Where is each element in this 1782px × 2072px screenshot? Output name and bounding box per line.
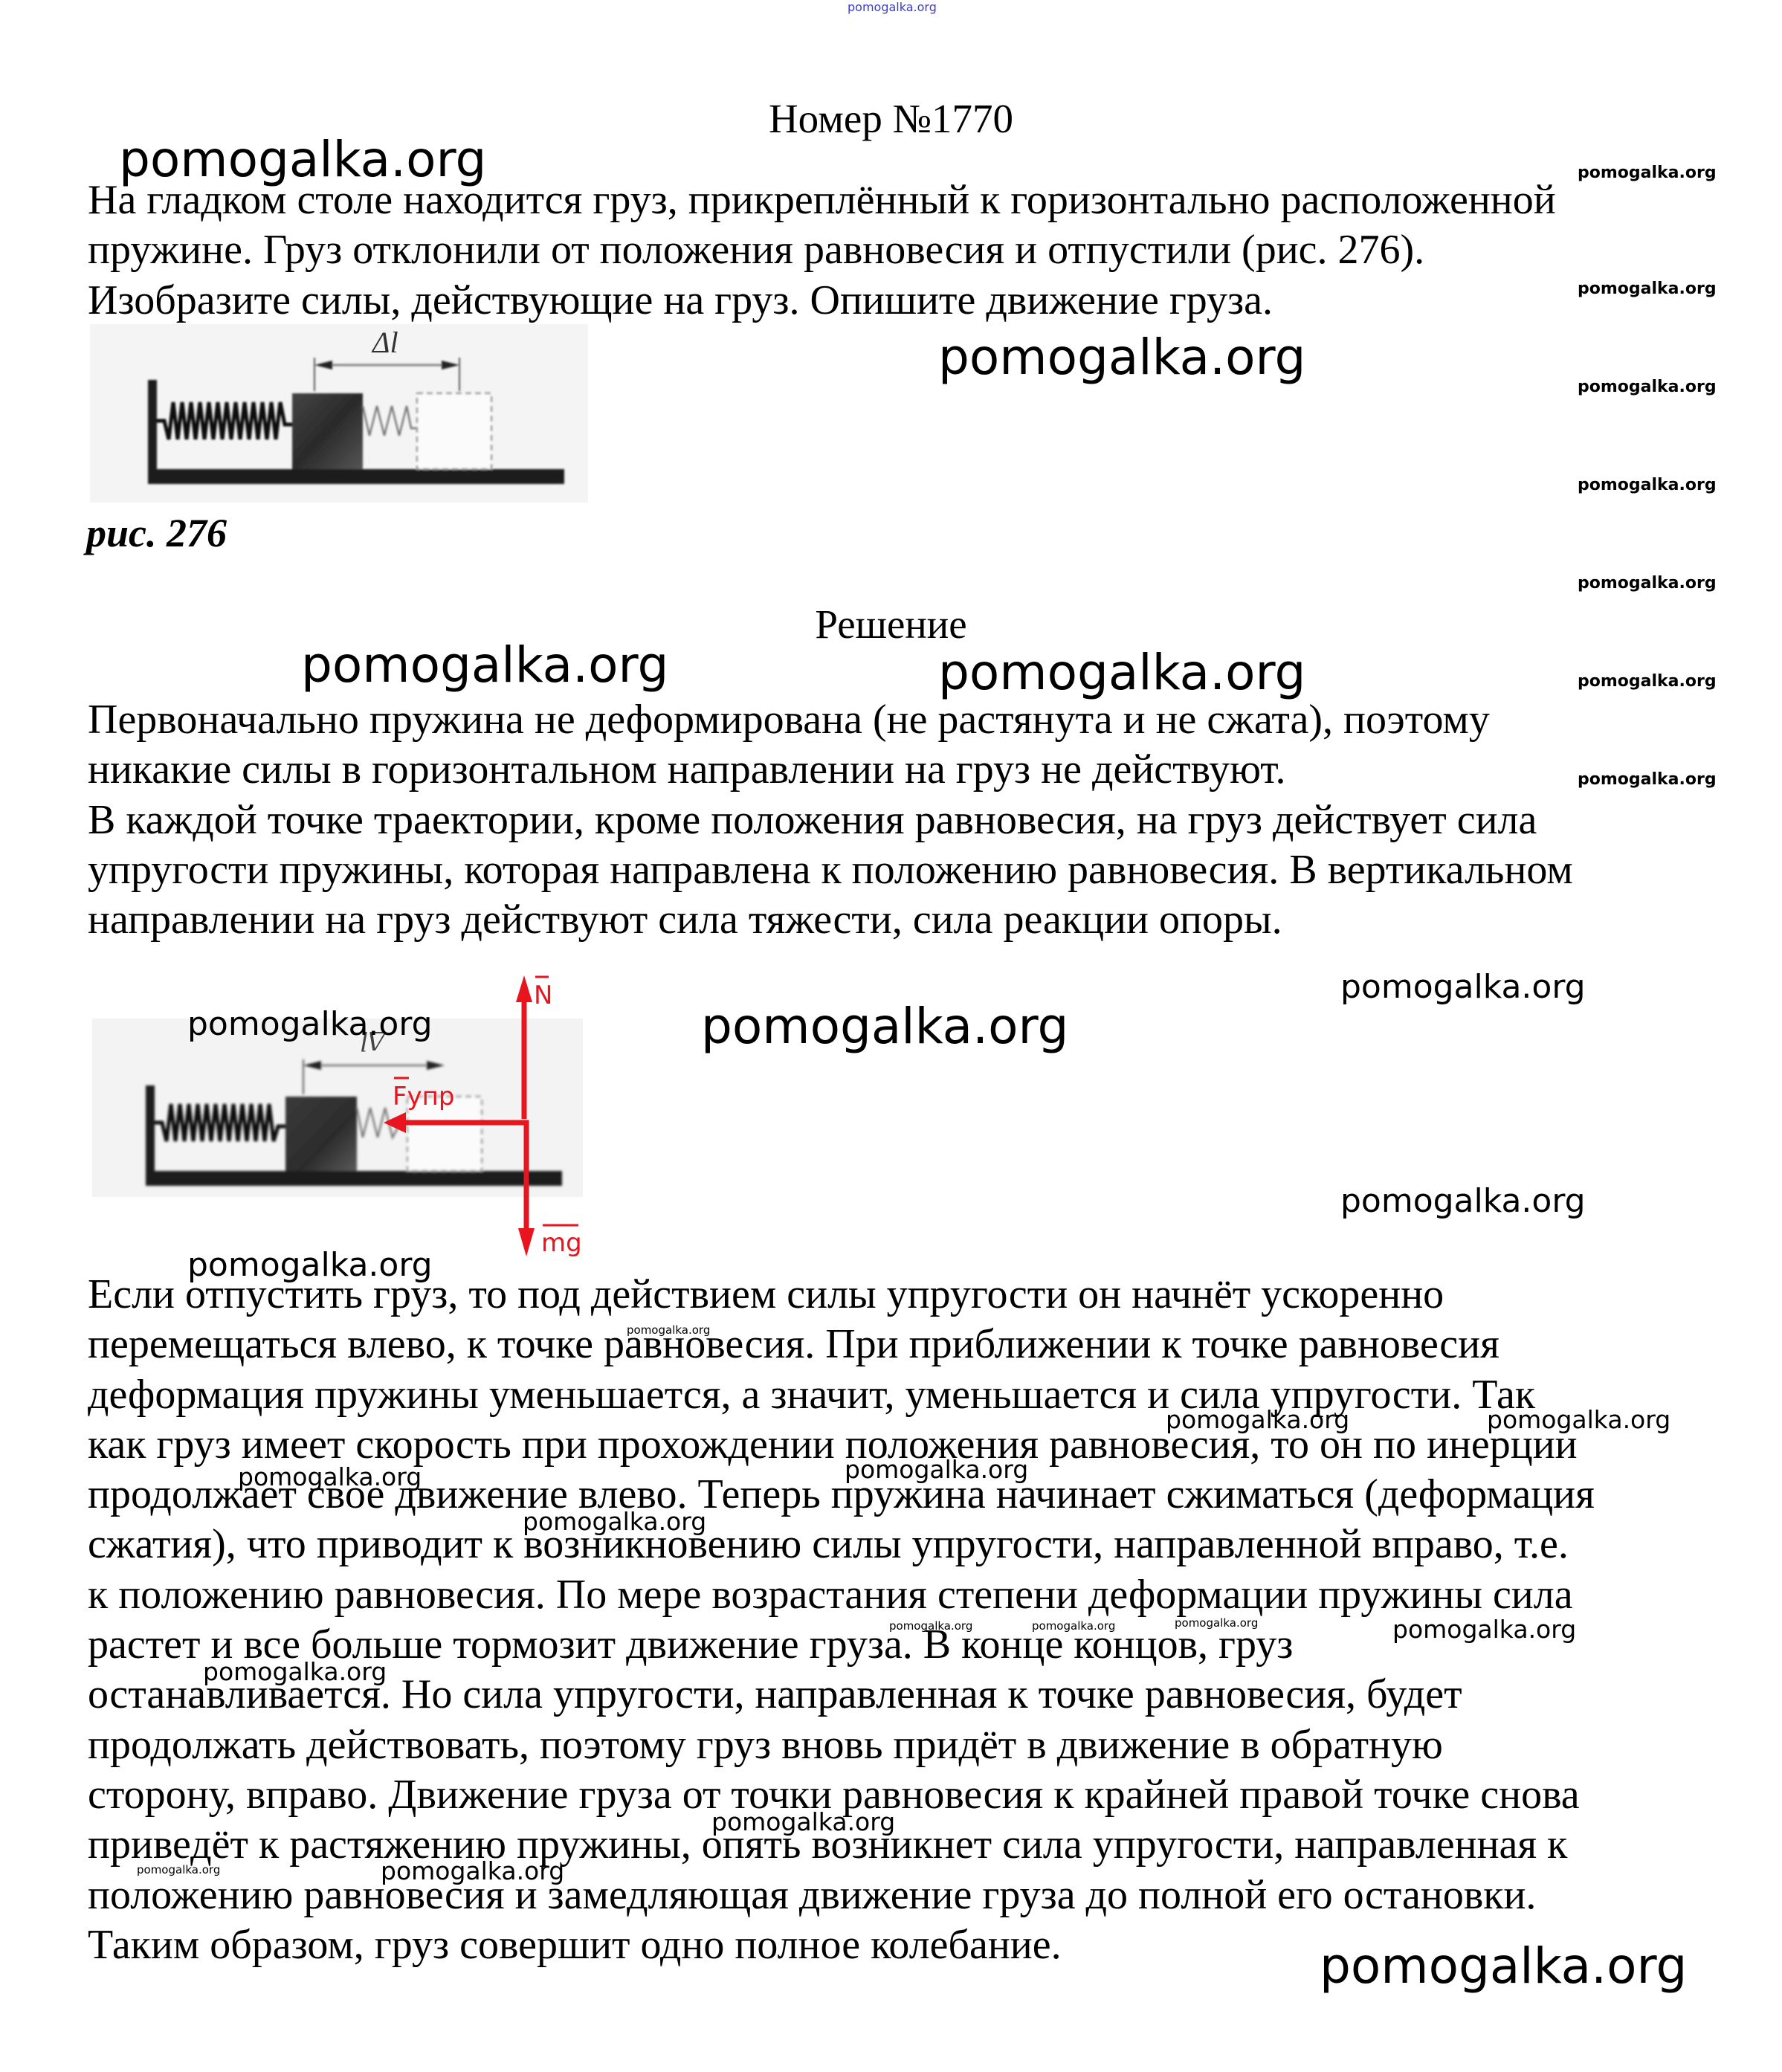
watermark: pomogalka.org — [238, 1465, 422, 1489]
watermark-top: pomogalka.org — [848, 1, 937, 13]
solution-line: сжатия), что приводит к возникновению си… — [88, 1520, 1723, 1569]
solution-line: деформация пружины уменьшается, а значит… — [88, 1370, 1723, 1420]
watermark: pomogalka.org — [1578, 674, 1717, 690]
watermark: pomogalka.org — [938, 333, 1305, 382]
solution-line: приведёт к растяжению пружины, опять воз… — [88, 1820, 1723, 1870]
watermark: pomogalka.org — [1578, 575, 1717, 592]
watermark: pomogalka.org — [889, 1621, 972, 1632]
watermark: pomogalka.org — [137, 1865, 220, 1876]
force-label-Fupr: Fупр — [393, 1082, 455, 1111]
figure-276: Δl — [90, 324, 588, 503]
arrow-down-icon — [518, 1228, 535, 1256]
solution-title: Решение — [0, 604, 1782, 645]
watermark: pomogalka.org — [1487, 1407, 1670, 1432]
watermark: pomogalka.org — [203, 1659, 387, 1684]
watermark: pomogalka.org — [627, 1325, 710, 1336]
watermark: pomogalka.org — [1392, 1617, 1576, 1642]
watermark: pomogalka.org — [1578, 772, 1717, 788]
task-line: пружине. Груз отклонили от положения рав… — [88, 225, 1723, 275]
task-line: Изобразите силы, действующие на груз. Оп… — [88, 276, 1723, 326]
watermark: pomogalka.org — [1578, 281, 1717, 297]
watermark: pomogalka.org — [1175, 1618, 1258, 1629]
watermark: pomogalka.org — [1166, 1407, 1349, 1432]
watermark: pomogalka.org — [1578, 477, 1717, 494]
watermark: pomogalka.org — [701, 1002, 1068, 1051]
watermark: pomogalka.org — [1320, 1942, 1687, 1991]
solution-line: к положению равновесия. По мере возраста… — [88, 1570, 1723, 1620]
watermark: pomogalka.org — [711, 1810, 895, 1834]
arrow-up-icon — [516, 975, 532, 1002]
watermark: pomogalka.org — [1340, 971, 1586, 1004]
force-label-N: N — [534, 981, 552, 1010]
watermark: pomogalka.org — [381, 1859, 564, 1883]
solution-line: В каждой точке траектории, кроме положен… — [88, 795, 1723, 845]
watermark: pomogalka.org — [1032, 1621, 1115, 1632]
watermark: pomogalka.org — [187, 1008, 433, 1041]
solution-line: никакие силы в горизонтальном направлени… — [88, 745, 1723, 795]
solution-line: продолжать действовать, поэтому груз вно… — [88, 1720, 1723, 1770]
task-text: На гладком столе находится груз, прикреп… — [88, 175, 1723, 326]
watermark: pomogalka.org — [938, 648, 1305, 697]
solution-line: сторону, вправо. Движение груза от точки… — [88, 1770, 1723, 1820]
spring-block-diagram: Δl — [90, 324, 588, 503]
solution-line: перемещаться влево, к точке равновесия. … — [88, 1320, 1723, 1369]
watermark: pomogalka.org — [1578, 379, 1717, 396]
solution-line: положению равновесия и замедляющая движе… — [88, 1871, 1723, 1920]
watermark: pomogalka.org — [1340, 1185, 1586, 1218]
solution-line: Первоначально пружина не деформирована (… — [88, 695, 1723, 745]
delta-l-label: Δl — [371, 326, 398, 359]
force-label-mg: mg — [541, 1228, 582, 1258]
solution-line: упругости пружины, которая направлена к … — [88, 845, 1723, 895]
solution-paragraph-1: Первоначально пружина не деформирована (… — [88, 695, 1723, 945]
watermark: pomogalka.org — [301, 641, 668, 690]
watermark: pomogalka.org — [845, 1457, 1028, 1482]
figure-caption: рис. 276 — [86, 510, 227, 556]
watermark: pomogalka.org — [119, 135, 486, 184]
watermark: pomogalka.org — [1578, 165, 1717, 181]
watermark: pomogalka.org — [187, 1249, 433, 1282]
solution-line: направлении на груз действуют сила тяжес… — [88, 895, 1723, 945]
watermark: pomogalka.org — [523, 1509, 706, 1534]
